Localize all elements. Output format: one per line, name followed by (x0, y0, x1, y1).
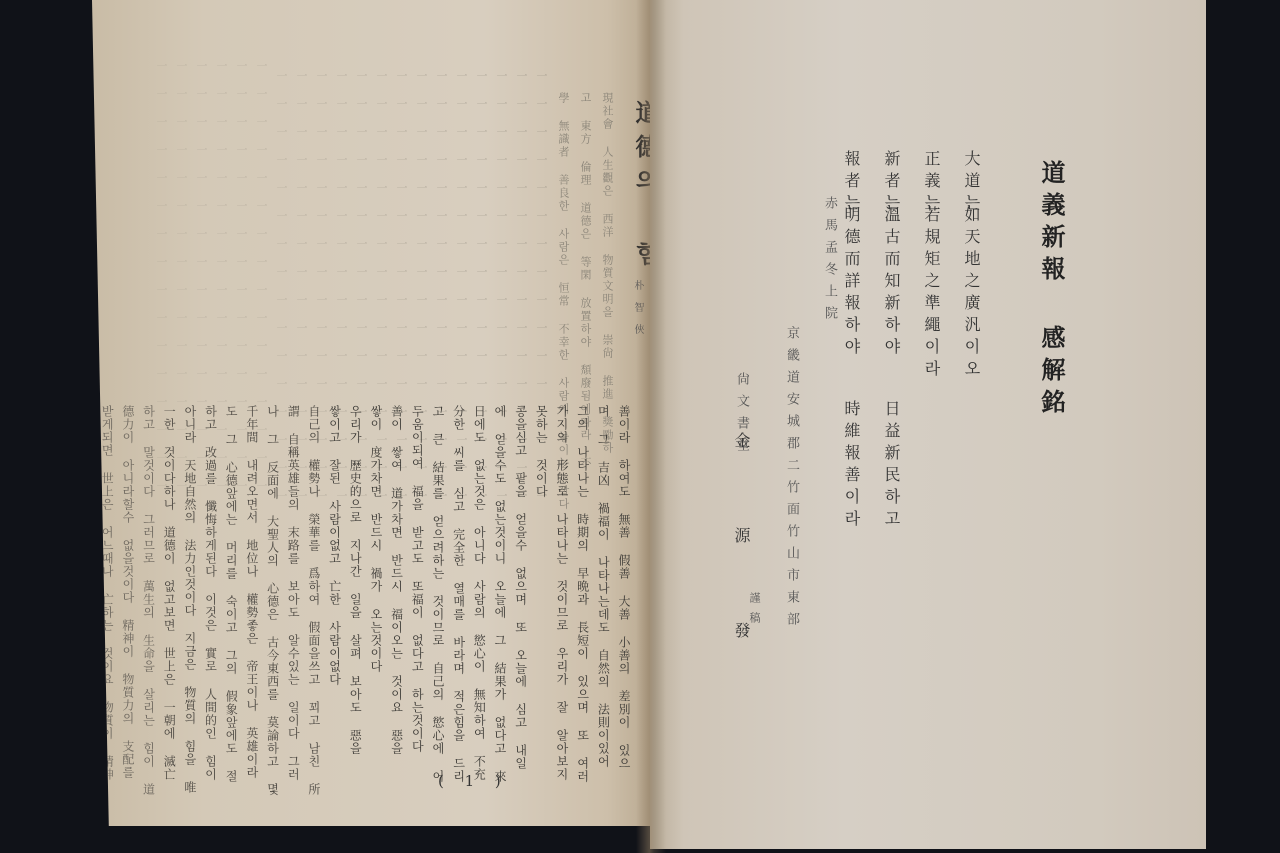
body-column: 콩을심고 팥을 얻을수 없으며 또 오늘에 심고 내일 (515, 405, 527, 770)
address: 京畿道安城郡二竹面竹山市東部 (782, 326, 801, 634)
body-column: 우리가 歷史的으로 지나간 일을 살펴 보아도 惡을 (349, 405, 361, 755)
body-column: 가지의 形態로 나타나는 것이므로 우리가 잘 알아보지 (556, 405, 568, 781)
body-column: 一한 것이다하나 道德이 없고보면 世上은 一朝에 滅亡 (163, 405, 175, 781)
body-column: 하고 改過를 懺悔하게된다 이것은 實로 人間的인 힘이 (205, 405, 217, 781)
body-column: 못하는 것이다 (535, 405, 547, 498)
body-column: 그의 나타나는 時期의 早晩과 長短이 있으며 또 여러 (577, 405, 589, 783)
sign-suffix: 謹稿 (746, 592, 762, 632)
body-column: 받게되면 世上은 어느때나 亡하는 것이요 物質이 精神 (101, 405, 113, 781)
body-column: 하고 말것이다 그러므로 萬生의 生命을 살리는 힘이 道 (143, 405, 155, 796)
body-column: 分한 씨를 심고 完全한 열매를 바라며 적은힘을 드리 (453, 405, 465, 783)
author-name: 金 源 發 (730, 432, 753, 668)
poem-tail: 時維報善이라 (840, 400, 863, 532)
poem-verse: 溫古而知新하야 (880, 206, 903, 360)
body-column: 며 그 吉凶 禍福이 나타나는데도 自然의 法則이있어 (597, 405, 609, 768)
dateline: 赤馬孟冬上院 (820, 196, 839, 328)
body-column: 쌓이고 잘된 사람이없고 亡한 사람이없다 (329, 405, 341, 686)
body-column: 아니라 天地自然의 法力인것이다 지금은 物質의 힘을 唯 (184, 405, 196, 794)
body-column: 善이 쌓여 道가차면 반드시 福이오는 것이요 惡을 (391, 405, 403, 755)
poem-verse: 若規矩之準繩이라 (920, 206, 943, 382)
poem-verse: 如天地之廣汎이오 (960, 206, 983, 382)
right-page: 道義新報 感解銘 大道는如天地之廣汎이오正義는若規矩之準繩이라新者는溫古而知新하… (650, 0, 1206, 849)
body-column: 德力이 아니라할수 없을것이다 精神이 物質力의 支配를 (122, 405, 134, 779)
body-column: 쌓이 度가차면 반드시 禍가 오는것이다 (370, 405, 382, 673)
poem-tail: 日益新民하고 (880, 400, 903, 532)
poem-title: 道義新報 感解銘 (1034, 160, 1069, 421)
intro-column: 現社會 人生觀은 西洋 物質文明을 崇尙 推進 獎勵하 (602, 92, 613, 455)
body-column: 고 큰 結果를 얻으려하는 것이므로 自己의 慾心에 어 (432, 405, 444, 783)
body-column: 에 얻을수도 없는것이니 오늘에 그 結果가 없다고 來 (494, 405, 506, 783)
body-column: 의 支配를 받아야 人類는 平和樂土를 建設할수 있을것이요 (92, 405, 93, 807)
body-column: 두움이되여 福을 받고도 또福이 없다고 하는것이다 (411, 405, 423, 753)
book-gutter (636, 0, 666, 853)
body-column: 自己의 權勢나 榮華를 爲하여 假面을쓰고 꾀고 남친 所 (308, 405, 320, 796)
body-column: 도 그 心德앞에는 머리를 숙이고 그의 假象앞에도 절 (225, 405, 237, 783)
body-column: 나 그 反面에 大聖人의 心德은 古今東西를 莫論하고 몇 (267, 405, 279, 796)
body-column: 善이라 하여도 無善 假善 大善 小善의 差別이 있으 (618, 405, 630, 770)
body-column: 千年間 내려오면서 地位나 權勢좋은 帝王이나 英雄이라 (246, 405, 258, 779)
left-page: 現社會 人生觀은 西洋 物質文明을 崇尙 推進 獎勵하고 東方 倫理 道德은 等… (92, 0, 652, 826)
body-column: 日에도 없는것은 아니다 사람의 慾心이 無知하여 不充 (473, 405, 485, 781)
poem-verse: 明德而詳報하야 (840, 206, 863, 360)
page-number: ( 1 ) (438, 772, 509, 790)
body-column: 謂 自稱英雄들의 末路를 보아도 알수있는 일이다 그러 (287, 405, 299, 781)
